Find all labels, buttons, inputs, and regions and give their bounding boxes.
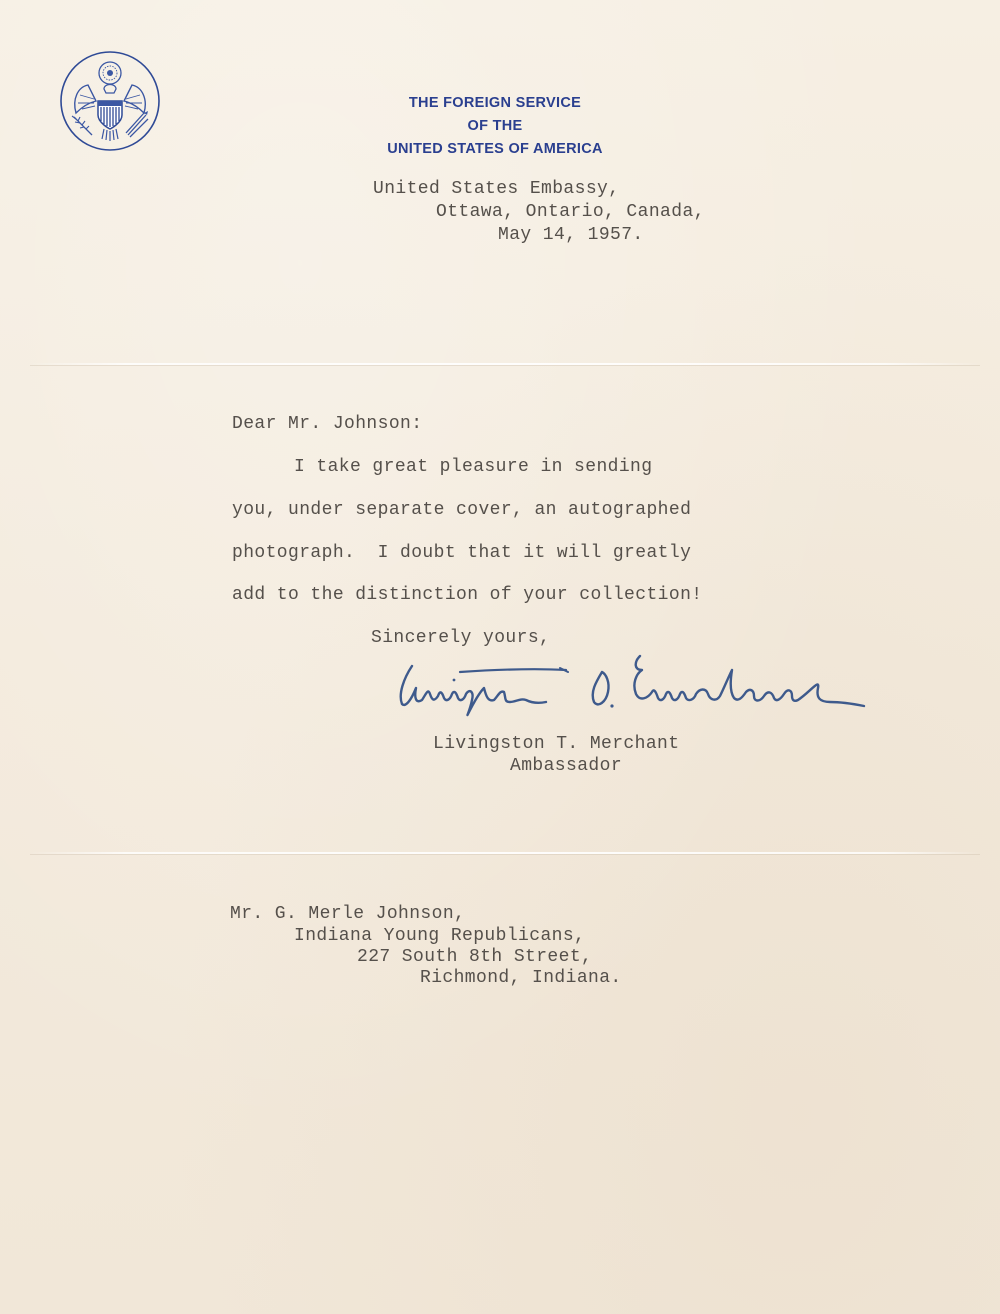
letterhead-line-1: THE FOREIGN SERVICE: [340, 92, 650, 115]
paper-fold-line: [30, 363, 980, 365]
salutation: Dear Mr. Johnson:: [232, 414, 422, 434]
paper-fold-line: [30, 852, 980, 854]
recipient-address-line: Richmond, Indiana.: [420, 968, 622, 988]
signature-icon: [390, 648, 870, 720]
body-line: photograph. I doubt that it will greatly: [232, 543, 691, 563]
letter-page: THE FOREIGN SERVICE OF THE UNITED STATES…: [0, 0, 1000, 1314]
signer-title: Ambassador: [510, 756, 622, 776]
recipient-address-line: Indiana Young Republicans,: [294, 926, 585, 946]
body-line: I take great pleasure in sending: [294, 457, 652, 477]
letter-date: May 14, 1957.: [498, 225, 644, 245]
sender-address-line: Ottawa, Ontario, Canada,: [436, 202, 705, 222]
recipient-address-line: Mr. G. Merle Johnson,: [230, 904, 465, 924]
great-seal-icon: [58, 49, 162, 153]
body-line: you, under separate cover, an autographe…: [232, 500, 691, 520]
signer-name: Livingston T. Merchant: [433, 734, 679, 754]
sender-address-line: United States Embassy,: [373, 179, 619, 199]
body-line: add to the distinction of your collectio…: [232, 585, 702, 605]
closing: Sincerely yours,: [371, 628, 550, 648]
recipient-address-line: 227 South 8th Street,: [357, 947, 592, 967]
letterhead: THE FOREIGN SERVICE OF THE UNITED STATES…: [340, 92, 650, 161]
letterhead-line-2: OF THE: [340, 115, 650, 138]
letterhead-line-3: UNITED STATES OF AMERICA: [340, 138, 650, 161]
